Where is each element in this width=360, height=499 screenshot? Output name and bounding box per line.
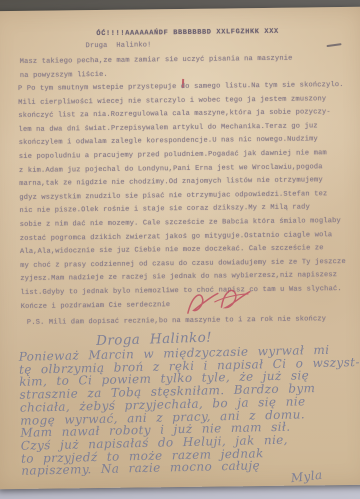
typed-body-paragraph: P Po tym smutnym wstepie przystepuje do … (18, 79, 346, 314)
scan-background: ÓĆ!!!!AAAAAAŃDF BBBBBBBD XXLFGZHKK XXX D… (0, 0, 360, 499)
typed-salutation: Druga Halinko! (85, 39, 151, 53)
letter-paper: ÓĆ!!!!AAAAAAŃDF BBBBBBBD XXLFGZHKK XXX D… (0, 7, 360, 489)
pen-dash-mark (326, 43, 341, 47)
handwritten-paragraph: Ponieważ Marcin w międzyczasie wyrwał mi… (19, 343, 360, 478)
handwritten-signature: Myla (290, 468, 323, 486)
typed-intro-paragraph: Masz takiego pecha,ze mam zamiar sie ucz… (20, 53, 293, 84)
typed-postscript: P.S. Mili dam dopisać recznie,bo na masz… (27, 313, 326, 330)
